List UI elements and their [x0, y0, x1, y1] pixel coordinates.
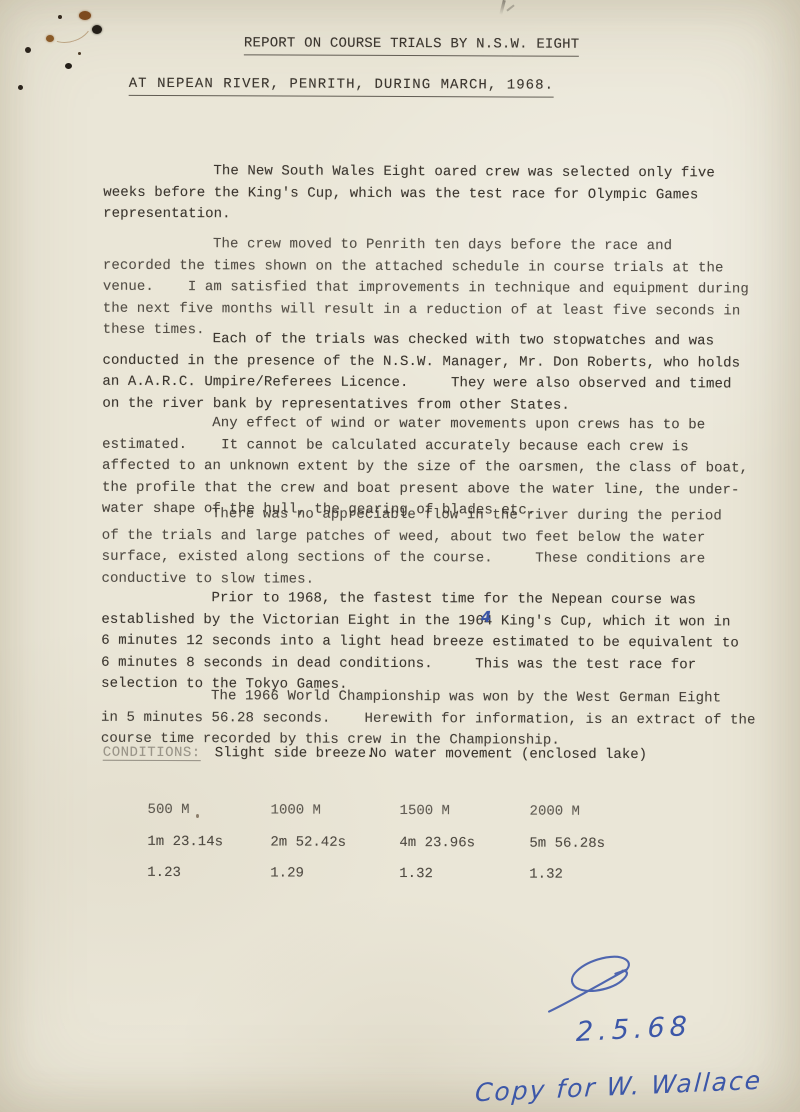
signature-flourish-icon — [546, 952, 648, 1016]
handwritten-correction-4: 4 — [481, 608, 492, 626]
handwritten-copy-note: Copy for W. Wallace — [474, 1066, 763, 1108]
document-page: REPORT ON COURSE TRIALS BY N.S.W. EIGHT … — [0, 0, 800, 1112]
handwriting-layer: 4 2.5.68 Copy for W. Wallace — [0, 0, 800, 1112]
handwritten-date: 2.5.68 — [576, 1011, 692, 1048]
